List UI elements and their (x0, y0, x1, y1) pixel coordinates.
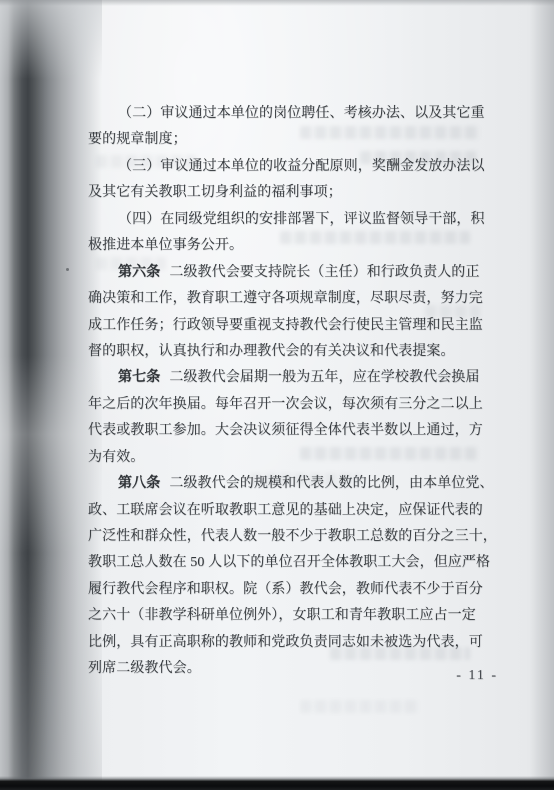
scanned-document-page: （二）审议通过本单位的岗位聘任、考核办法、以及其它重要的规章制度；（三）审议通过… (0, 0, 554, 790)
text-line: 广泛性和群众性，代表人数一般不少于教职工总数的百分之三十， (88, 524, 484, 550)
page-right-shade (530, 0, 554, 790)
binding-shadow (0, 0, 102, 790)
bleed-through-artifact (300, 700, 420, 713)
text-line: 成工作任务；行政领导要重视支持教代会行使民主管理和民主监 (88, 313, 484, 339)
text-line: 及其它有关教职工切身利益的福利事项； (88, 180, 484, 206)
ink-dot-artifact (66, 268, 69, 271)
text-line: 第七条二级教代会届期一般为五年，应在学校教代会换届 (88, 365, 484, 391)
text-line: 极推进本单位事务公开。 (88, 233, 484, 259)
text-line: （二）审议通过本单位的岗位聘任、考核办法、以及其它重 (88, 101, 484, 127)
text-line: 年之后的次年换届。每年召开一次会议，每次须有三分之二以上 (88, 392, 484, 418)
article-number: 第八条 (118, 476, 160, 491)
page-number: - 11 - (456, 668, 498, 684)
text-line: 要的规章制度； (88, 127, 484, 153)
article-number: 第七条 (118, 370, 160, 385)
article-number: 第六条 (118, 265, 160, 280)
text-line: 确决策和工作，教育职工遵守各项规章制度，尽职尽责，努力完 (88, 286, 484, 312)
document-body: （二）审议通过本单位的岗位聘任、考核办法、以及其它重要的规章制度；（三）审议通过… (88, 101, 484, 683)
text-line: 列席二级教代会。 (88, 656, 484, 682)
text-line: 督的职权，认真执行和办理教代会的有关决议和代表提案。 (88, 339, 484, 365)
scan-edge-bottom (0, 776, 554, 790)
text-line: 履行教代会程序和职权。院（系）教代会，教师代表不少于百分 (88, 577, 484, 603)
text-line: 教职工总人数在 50 人以下的单位召开全体教职工大会，但应严格 (88, 550, 484, 576)
text-line: 第六条二级教代会要支持院长（主任）和行政负责人的正 (88, 260, 484, 286)
text-line: （三）审议通过本单位的收益分配原则，奖酬金发放办法以 (88, 154, 484, 180)
text-line: 代表或教职工参加。大会决议须征得全体代表半数以上通过，方 (88, 418, 484, 444)
binding-shadow-gradient (0, 0, 102, 790)
text-line: 第八条二级教代会的规模和代表人数的比例，由本单位党、 (88, 471, 484, 497)
text-line: 为有效。 (88, 445, 484, 471)
text-line: 比例，具有正高职称的教师和党政负责同志如未被选为代表，可 (88, 630, 484, 656)
text-line: 政、工联席会议在听取教职工意见的基础上决定，应保证代表的 (88, 498, 484, 524)
scan-edge-top (0, 0, 554, 6)
text-line: 之六十（非教学科研单位例外），女职工和青年教职工应占一定 (88, 603, 484, 629)
text-line: （四）在同级党组织的安排部署下，评议监督领导干部，积 (88, 207, 484, 233)
